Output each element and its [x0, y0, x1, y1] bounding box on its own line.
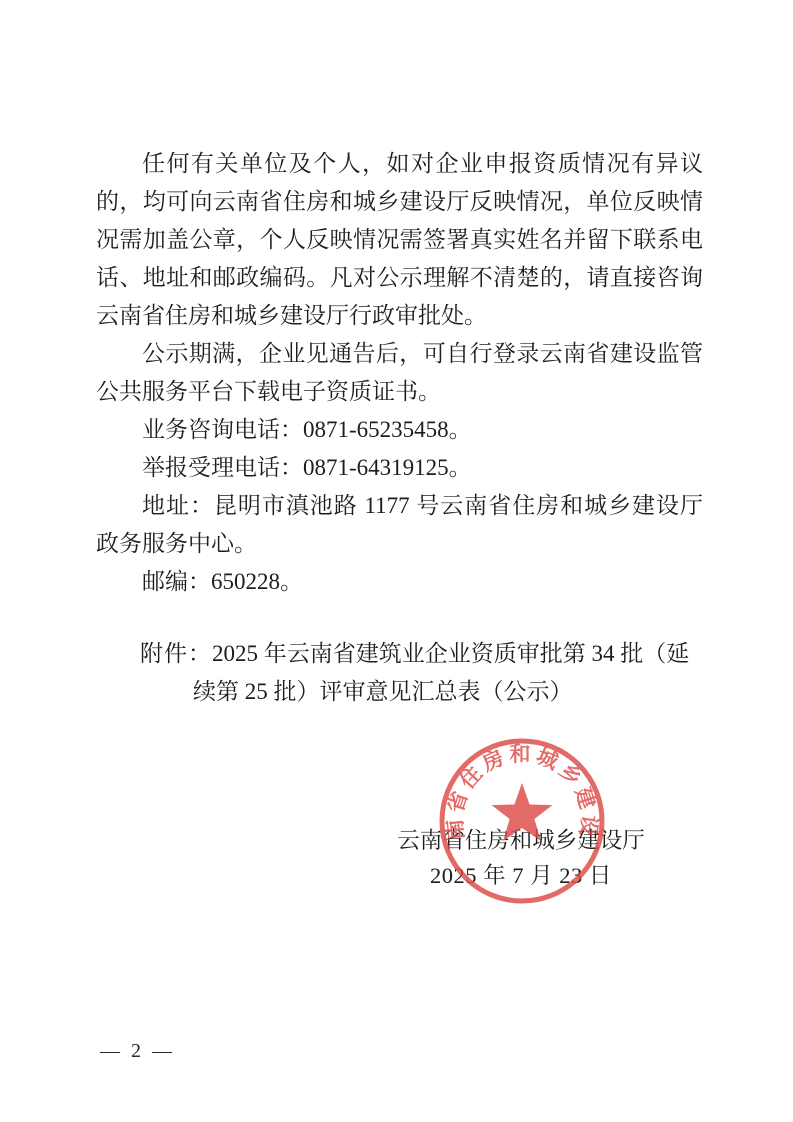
paragraph-certificate-download: 公示期满，企业见通告后，可自行登录云南省建设监管公共服务平台下载电子资质证书。 — [96, 335, 703, 411]
svg-text:云南省住房和城乡建设厅: 云南省住房和城乡建设厅 — [436, 735, 602, 841]
document-page: 任何有关单位及个人，如对企业申报资质情况有异议的，均可向云南省住房和城乡建设厅反… — [0, 0, 793, 1122]
signature-block: 云南省住房和城乡建设厅 2025 年 7 月 23 日 — [380, 828, 662, 889]
line-address: 地址：昆明市滇池路 1177 号云南省住房和城乡建设厅政务服务中心。 — [96, 487, 703, 563]
signature-date: 2025 年 7 月 23 日 — [380, 863, 662, 889]
line-report-phone: 举报受理电话：0871-64319125。 — [96, 449, 703, 487]
attachment-label: 附件： — [140, 641, 212, 666]
line-postal-code: 邮编：650228。 — [96, 563, 703, 601]
paragraph-objection-info: 任何有关单位及个人，如对企业申报资质情况有异议的，均可向云南省住房和城乡建设厅反… — [96, 145, 703, 335]
line-business-phone: 业务咨询电话：0871-65235458。 — [96, 411, 703, 449]
document-body: 任何有关单位及个人，如对企业申报资质情况有异议的，均可向云南省住房和城乡建设厅反… — [96, 145, 703, 711]
signature-agency: 云南省住房和城乡建设厅 — [380, 828, 662, 854]
seal-ring-text: 云南省住房和城乡建设厅 — [436, 735, 602, 841]
attachment-line: 附件：2025 年云南省建筑业企业资质审批第 34 批（延续第 25 批）评审意… — [96, 635, 703, 711]
attachment-title: 2025 年云南省建筑业企业资质审批第 34 批（延续第 25 批）评审意见汇总… — [193, 641, 689, 704]
page-number: — 2 — — [100, 1040, 175, 1063]
